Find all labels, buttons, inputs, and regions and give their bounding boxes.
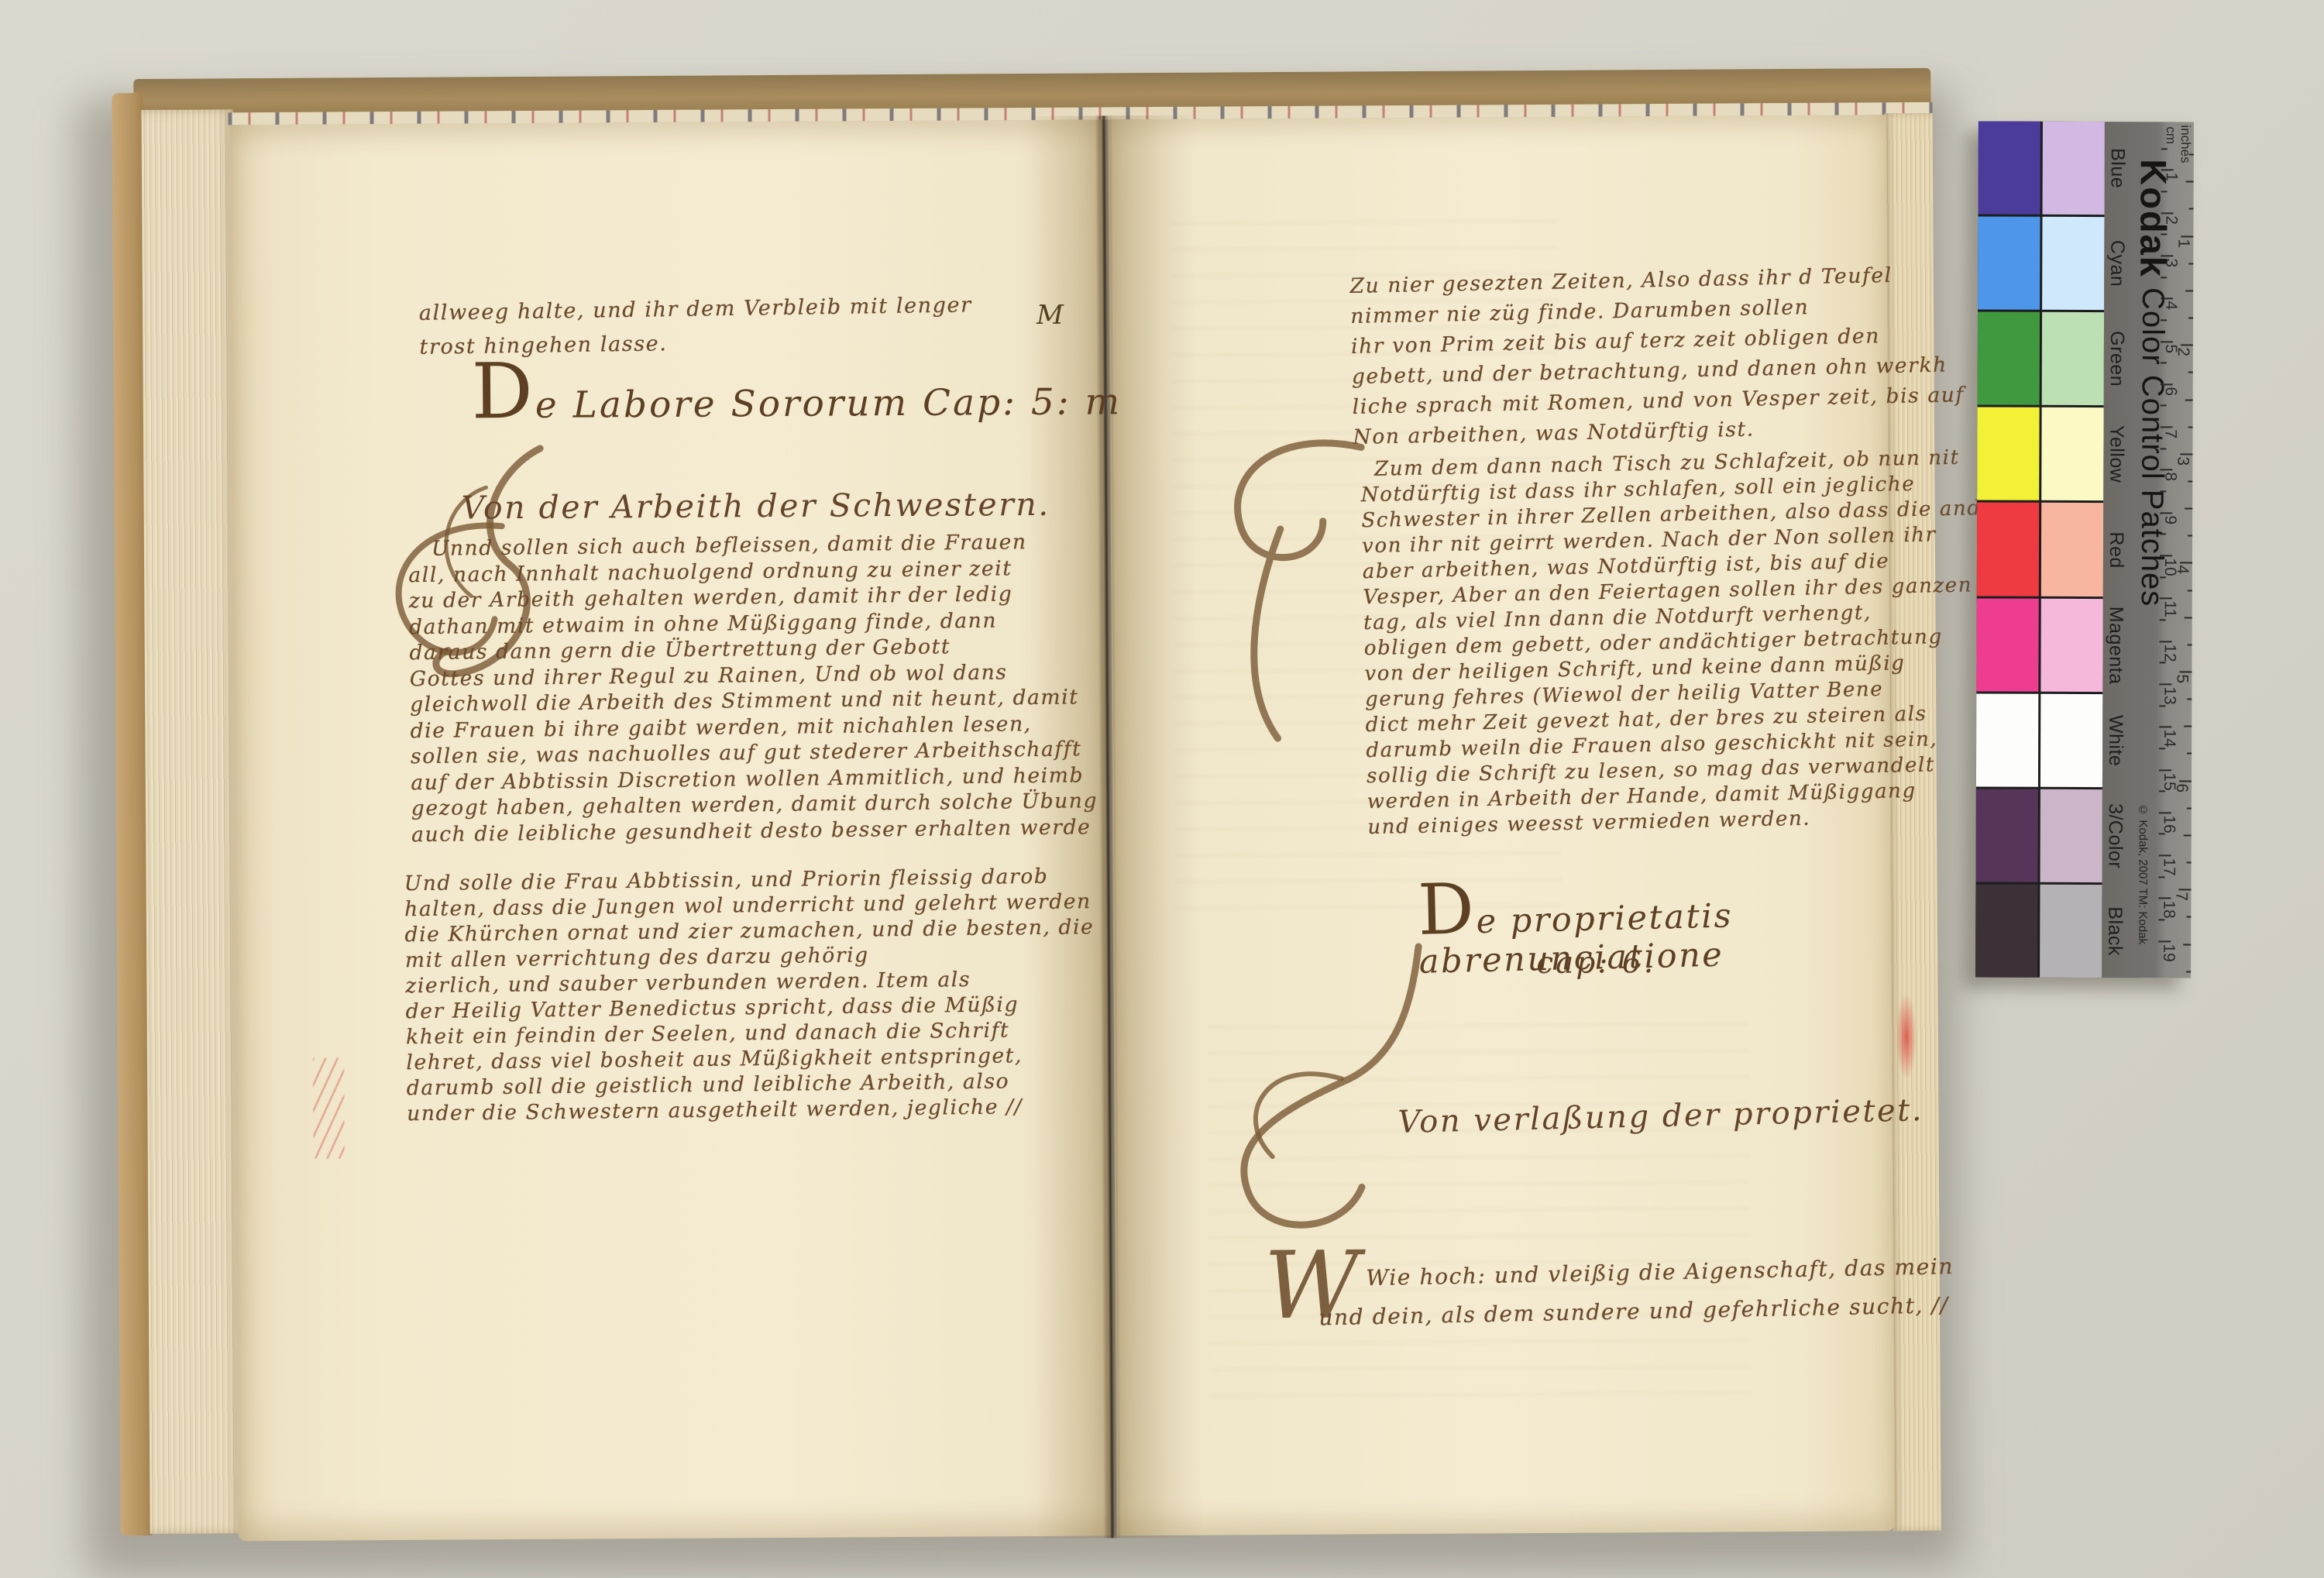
page-edges-left <box>141 109 241 1534</box>
right-page-paragraph-2: Zum dem dann nach Tisch zu Schlafzeit, o… <box>1360 445 2012 841</box>
ruler-tick <box>2159 705 2165 706</box>
ruler-tick <box>2159 769 2171 771</box>
magenta-tint-patch <box>2040 598 2102 691</box>
ruler-tick <box>2158 919 2164 920</box>
right-page-paragraph-1: Zu nier gesezten Zeiten, Also dass ihr d… <box>1349 259 1965 452</box>
ruler-tick <box>2159 727 2171 728</box>
red-tint-patch <box>2041 503 2103 596</box>
patch-row-3-color <box>1976 789 2102 882</box>
ruler-tick <box>2188 263 2193 264</box>
patch-label: Blue <box>2106 148 2129 188</box>
ruler-cm-number: 16 <box>2160 815 2178 833</box>
ruler-cm-number: 9 <box>2161 515 2179 524</box>
patch-row-blue <box>1978 122 2105 215</box>
ruler-tick <box>2161 298 2173 300</box>
patch-row-black <box>1975 884 2102 978</box>
patch-label: Black <box>2103 906 2126 956</box>
ruler-tick <box>2160 576 2166 578</box>
ruler-tick <box>2185 508 2192 510</box>
ruler-tick <box>2188 535 2192 537</box>
ruler-tick <box>2160 534 2166 535</box>
ruler-tick <box>2161 234 2167 235</box>
ruler-tick <box>2161 191 2168 192</box>
ruler-tick <box>2160 448 2166 449</box>
ruler-tick <box>2159 876 2165 878</box>
ruler-tick <box>2188 318 2193 319</box>
ruler-tick <box>2186 181 2194 183</box>
ruler-tick <box>2188 480 2192 482</box>
ruler-tick <box>2161 212 2174 214</box>
fore-edge-red-stain <box>1896 994 1917 1079</box>
ruler-cm-number: 12 <box>2160 644 2178 662</box>
ruler-tick <box>2179 780 2192 782</box>
ruler-inch-number: 3 <box>2173 456 2192 466</box>
ruler-cm-number: 18 <box>2159 901 2178 919</box>
kodak-copyright: © Kodak, 2007 TM: Kodak <box>2136 803 2150 944</box>
ruler-cm-number: 17 <box>2160 858 2178 875</box>
ruler-tick <box>2161 277 2167 278</box>
white-tint-patch <box>2040 693 2102 786</box>
ruler-cm-number: 19 <box>2159 944 2178 961</box>
patch-label: Green <box>2106 331 2128 387</box>
ruler-tick <box>2187 862 2192 864</box>
black-patch <box>1975 884 2037 977</box>
gutter-shading-right <box>1110 115 1204 1538</box>
ruler-tick <box>2187 807 2192 809</box>
black-tint-patch <box>2040 885 2102 978</box>
ruler-tick <box>2160 512 2172 514</box>
ruler-inch-number: 2 <box>2174 348 2192 357</box>
patch-label: White <box>2104 715 2126 767</box>
ruler-tick <box>2160 641 2172 642</box>
ruler-tick <box>2161 170 2174 171</box>
kodak-gray-bar: BlueCyanGreenYellowRedMagentaWhite3/Colo… <box>2102 122 2194 978</box>
right-page-paragraph-3: Wie hoch: und vleißig die Aigenschaft, d… <box>1318 1247 1955 1337</box>
patch-label: Red <box>2105 531 2127 568</box>
ruler-cm-number: 8 <box>2161 473 2179 482</box>
patch-row-red <box>1977 503 2103 596</box>
ruler-cm-number: 14 <box>2160 730 2178 748</box>
ruler-tick <box>2188 372 2193 373</box>
left-page-paragraph-2: Und solle die Frau Abbtissin, und Priori… <box>404 863 1097 1126</box>
ruler-tick <box>2161 405 2167 407</box>
ruler-tick <box>2185 290 2193 291</box>
patch-row-yellow <box>1977 407 2103 501</box>
ruler-tick <box>2180 453 2192 455</box>
patch-label: 3/Color <box>2104 803 2126 868</box>
patch-label: Cyan <box>2106 240 2128 287</box>
ruler-tick <box>2161 426 2173 428</box>
ruler-tick <box>2185 617 2192 618</box>
ruler-tick <box>2160 469 2172 471</box>
ruler-cm-number: 4 <box>2161 301 2180 311</box>
color-patch-grid <box>1975 122 2105 978</box>
ruler-cm-number: 1 <box>2162 173 2181 182</box>
ruler-cm-number: 2 <box>2161 215 2180 225</box>
ruler-inch-number: 7 <box>2171 892 2190 902</box>
ruler-tick <box>2159 790 2165 792</box>
ruler-tick <box>2159 748 2165 749</box>
yellow-patch <box>1977 407 2039 500</box>
ruler-inch-number: 4 <box>2173 566 2192 575</box>
ruler-tick <box>2181 235 2193 237</box>
ruler-inch-number: 5 <box>2172 674 2191 683</box>
ruler-tick <box>2189 208 2194 210</box>
green-tint-patch <box>2042 312 2104 405</box>
ruler-cm-number: 6 <box>2161 387 2180 396</box>
ruler-tick <box>2188 590 2192 591</box>
kodak-color-control-strip: BlueCyanGreenYellowRedMagentaWhite3/Colo… <box>1975 122 2194 978</box>
3-color-patch <box>1976 789 2038 882</box>
white-patch <box>1976 693 2038 786</box>
ruler-tick <box>2160 555 2172 556</box>
ruler-tick <box>2160 619 2166 621</box>
quire-mark: M <box>1037 300 1064 331</box>
ruler-inch-number: 1 <box>2174 239 2192 248</box>
left-page-paragraph-1: Unnd sollen sich auch befleissen, damit … <box>408 528 1098 847</box>
ruler-cm-label: cm <box>2163 126 2178 144</box>
ruler-tick <box>2159 662 2165 664</box>
ruler-tick <box>2187 753 2192 755</box>
ruler-tick <box>2185 399 2193 401</box>
ruler-tick <box>2186 916 2191 918</box>
patch-row-magenta <box>1976 598 2102 692</box>
ruler-tick <box>2184 834 2192 836</box>
ruler-tick <box>2181 345 2193 346</box>
ruler-tick <box>2188 644 2192 645</box>
chapter-5-german-heading: Von der Arbeith der Schwestern. <box>461 486 1050 527</box>
ruler-tick <box>2180 562 2192 564</box>
ruler-tick <box>2161 383 2173 385</box>
margin-red-marks <box>313 1057 345 1158</box>
green-patch <box>1978 312 2040 405</box>
ruler-tick <box>2187 699 2192 700</box>
patch-label: Magenta <box>2104 606 2126 684</box>
ruler-tick <box>2160 598 2172 600</box>
ruler: cm inches 123456789101112131415161718191… <box>2158 122 2194 978</box>
ruler-tick <box>2158 940 2171 942</box>
chapter-6-number: cap: 6. <box>1536 945 1655 981</box>
blue-patch <box>1978 122 2040 215</box>
ruler-tick <box>2158 898 2171 899</box>
ruler-inch-number: 6 <box>2172 783 2191 792</box>
ruler-cm-number: 11 <box>2161 601 2179 618</box>
patch-row-green <box>1978 312 2104 406</box>
manuscript-book: allweeg halte, und ihr dem Verbleib mit … <box>112 68 1953 1547</box>
ruler-tick <box>2188 426 2193 428</box>
ruler-tick <box>2159 854 2171 856</box>
blue-tint-patch <box>2043 122 2105 215</box>
patch-row-white <box>1976 693 2102 787</box>
cyan-patch <box>1978 217 2040 310</box>
ruler-tick <box>2161 255 2173 256</box>
ruler-tick <box>2159 834 2165 835</box>
patch-row-cyan <box>1978 217 2104 311</box>
chapter-6-latin-heading: De proprietatis abrenunciatione <box>1418 871 1951 982</box>
ruler-tick <box>2186 971 2191 972</box>
ruler-tick <box>2161 341 2173 342</box>
ruler-cm-number: 13 <box>2160 686 2178 704</box>
ruler-tick <box>2159 683 2171 685</box>
ruler-tick <box>2179 671 2192 672</box>
ruler-tick <box>2161 362 2167 363</box>
chapter-5-latin-heading: De Labore Sororum Cap: 5: m <box>471 358 1122 427</box>
ruler-tick <box>2183 944 2191 945</box>
3-color-tint-patch <box>2040 789 2102 882</box>
ruler-cm-number: 3 <box>2161 258 2180 267</box>
ruler-cm-number: 7 <box>2161 429 2180 438</box>
patch-label: Yellow <box>2105 425 2127 483</box>
ruler-tick <box>2178 889 2191 891</box>
digitized-manuscript-photo: allweeg halte, und ihr dem Verbleib mit … <box>0 0 2324 1578</box>
ruler-inches-label: inches <box>2178 125 2193 163</box>
ruler-tick <box>2160 490 2166 492</box>
ruler-tick <box>2161 148 2168 150</box>
ruler-tick <box>2159 812 2171 813</box>
yellow-tint-patch <box>2041 407 2103 500</box>
red-patch <box>1977 503 2039 596</box>
cyan-tint-patch <box>2042 217 2104 310</box>
magenta-patch <box>1976 598 2038 691</box>
ruler-tick <box>2161 319 2167 321</box>
ruler-tick <box>2184 726 2192 727</box>
ruler-tick <box>2189 154 2194 156</box>
